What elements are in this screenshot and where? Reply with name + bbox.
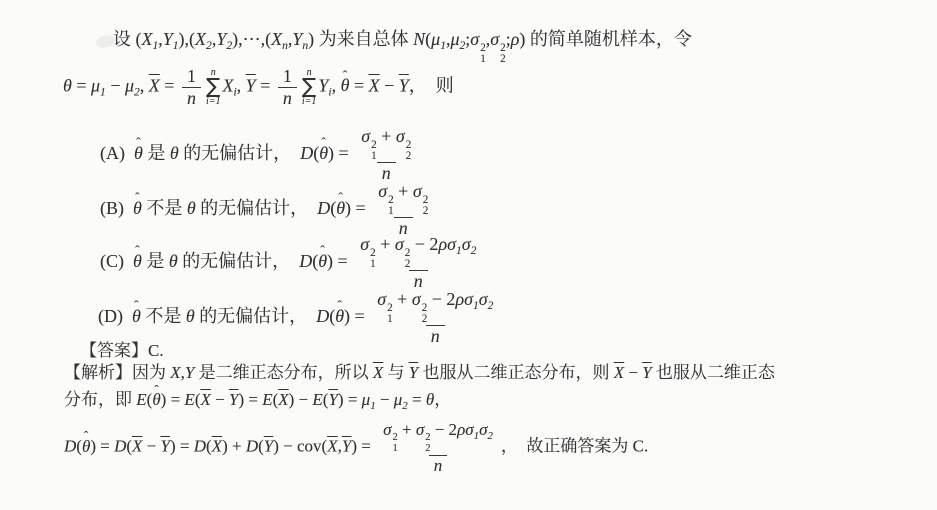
overline-token: Y <box>246 75 256 95</box>
text-token: + <box>393 289 412 309</box>
text-token: ),( <box>179 29 196 49</box>
text-token: 为来自总体 <box>314 29 413 49</box>
text-token: − <box>106 75 125 95</box>
math-italic-token: D <box>317 198 330 218</box>
math-italic-token: E <box>136 390 146 409</box>
overline-token: X <box>200 390 210 409</box>
overline-token: X <box>278 390 288 409</box>
text-token: ) = <box>328 143 353 163</box>
text-token: 的简单随机样本，令 <box>525 29 692 49</box>
text-token: ， <box>434 390 451 409</box>
text-token: ⋯ <box>243 29 261 49</box>
math-italic-token: Y <box>216 29 226 49</box>
text-token: 的无偏估计， <box>178 251 300 271</box>
hat-accent-icon: ˆ <box>134 298 139 315</box>
math-italic-token: θ <box>169 251 178 271</box>
text-token: ) = <box>327 251 352 271</box>
math-italic-token: μ <box>431 29 440 49</box>
math-italic-token: σ <box>412 289 421 309</box>
math-italic-token: X <box>195 29 206 49</box>
subscript-token: 1 <box>392 444 397 455</box>
document-page: 设 (X1,Y1),(X2,Y2),⋯,(Xn,Yn) 为来自总体 N(μ1,μ… <box>0 0 937 510</box>
math-italic-token: μ <box>450 29 459 49</box>
analysis-line-1: 【解析】因为 X,Y 是二维正态分布，所以 X 与 Y 也服从二维正态分布，则 … <box>64 362 775 383</box>
hat-accent-icon: ˆ <box>320 243 325 260</box>
text-token: ) = <box>238 390 262 409</box>
text-token: + <box>398 420 416 439</box>
hat-accent-icon: ˆ <box>135 243 140 260</box>
math-italic-token: σ <box>490 29 499 49</box>
text-token: , <box>140 75 149 95</box>
hat-accent-icon: ˆ <box>343 68 348 85</box>
math-italic-token: X <box>142 29 153 49</box>
text-token: ) = <box>338 390 362 409</box>
subscript-token: 2 <box>488 300 494 312</box>
problem-statement-line-2: θ = μ1 − μ2, X = 1nn∑i=1Xi, Y = 1nn∑i=1Y… <box>63 66 454 108</box>
text-token: ) − cov( <box>273 437 327 456</box>
text-token: ) = <box>161 390 185 409</box>
fraction: σ21 + σ22 − 2ρσ1σ2n <box>378 420 498 475</box>
fraction-denominator: n <box>278 87 297 109</box>
hat-accent-icon: ˆ <box>84 429 88 445</box>
option-a: (A) ˆθ 是 θ 的无偏估计， D(ˆθ) = σ21 + σ22n <box>100 126 419 184</box>
hat-token: ˆθ <box>318 250 327 273</box>
subscript-token: 2 <box>422 314 428 325</box>
text-token: − <box>142 437 160 456</box>
text-token: 也服从二维正态分布，则 <box>418 363 614 382</box>
subscript-token: 2 <box>500 54 506 65</box>
hat-accent-icon: ˆ <box>337 298 342 315</box>
hat-accent-icon: ˆ <box>321 135 326 152</box>
text-token: − <box>211 390 229 409</box>
math-italic-token: σ <box>447 234 456 254</box>
overline-token: Y <box>264 437 273 456</box>
math-italic-token: D <box>299 251 312 271</box>
analysis-line-3: D(ˆθ) = D(X − Y) = D(X) + D(Y) − cov(X,Y… <box>64 420 648 475</box>
text-token: − <box>624 363 642 382</box>
math-italic-token: θ <box>170 143 179 163</box>
math-italic-token: n <box>434 456 443 475</box>
math-italic-token: Y <box>318 75 328 95</box>
math-italic-token: σ <box>361 126 370 146</box>
subscript-token: 2 <box>405 259 411 270</box>
text-token: 的无偏估计， <box>196 198 318 218</box>
sub-sup-stack: 22 <box>423 195 429 218</box>
text-token: (D) <box>98 306 132 326</box>
text-token: 是二维正态分布，所以 <box>194 363 373 382</box>
text-token: 不是 <box>141 306 186 326</box>
text-token: = <box>256 75 275 95</box>
math-italic-token: n <box>283 88 292 108</box>
text-token: 是 <box>142 251 169 271</box>
text-token: − <box>376 390 394 409</box>
math-italic-token: Y <box>185 363 194 382</box>
text-token: − 2 <box>427 289 455 309</box>
answer-line: 【答案】C. <box>80 340 164 361</box>
math-italic-token: θ <box>63 75 72 95</box>
math-italic-token: X <box>222 75 233 95</box>
sum-lower-limit: i=1 <box>302 97 317 107</box>
math-italic-token: E <box>262 390 272 409</box>
math-italic-token: σ <box>470 29 479 49</box>
text-token: + <box>377 126 396 146</box>
text-token: (B) <box>100 198 133 218</box>
text-token: (A) <box>100 143 134 163</box>
math-italic-token: Y <box>292 29 302 49</box>
text-token: 1 <box>187 66 196 86</box>
subscript-token: 2 <box>423 206 429 217</box>
overline-token: Y <box>342 437 351 456</box>
text-token: 与 <box>383 363 409 382</box>
hat-token: ˆθ <box>335 305 344 328</box>
subscript-token: 2 <box>487 430 492 442</box>
text-token: 是 <box>143 143 170 163</box>
math-italic-token: θ <box>187 198 196 218</box>
text-token: ， 则 <box>409 75 454 95</box>
text-token: ， 故正确答案为 C. <box>501 437 648 456</box>
fraction-numerator: σ21 + σ22 − 2ρσ1σ2 <box>378 420 498 455</box>
hat-token: ˆθ <box>152 389 160 410</box>
text-token: ) = <box>345 198 370 218</box>
option-d: (D) ˆθ 不是 θ 的无偏估计， D(ˆθ) = σ21 + σ22 − 2… <box>98 289 501 347</box>
overline-token: X <box>614 363 624 382</box>
text-token: 不是 <box>142 198 187 218</box>
text-token: 【解析】因为 <box>64 363 170 382</box>
subscript-token: 1 <box>387 314 393 325</box>
math-italic-token: σ <box>462 234 471 254</box>
math-italic-token: σ <box>465 420 473 439</box>
text-token: ) = <box>170 437 194 456</box>
math-italic-token: n <box>431 326 440 346</box>
math-italic-token: X <box>170 363 180 382</box>
math-italic-token: ρ <box>438 234 447 254</box>
fraction-denominator: n <box>182 87 201 109</box>
math-italic-token: σ <box>396 126 405 146</box>
text-token: (C) <box>100 251 133 271</box>
math-italic-token: σ <box>377 289 386 309</box>
overline-token: Y <box>161 437 170 456</box>
fraction-numerator: σ21 + σ22 − 2ρσ1σ2 <box>372 289 498 325</box>
text-token: ,( <box>261 29 272 49</box>
text-token: ) = <box>351 437 375 456</box>
fraction: 1n <box>278 66 297 108</box>
text-token: 的无偏估计， <box>179 143 301 163</box>
sigma-sum-icon: ∑ <box>302 77 316 97</box>
math-italic-token: D <box>300 143 313 163</box>
math-italic-token: μ <box>91 75 100 95</box>
fraction: σ21 + σ22n <box>356 126 416 184</box>
option-c: (C) ˆθ 是 θ 的无偏估计， D(ˆθ) = σ21 + σ22 − 2ρ… <box>100 234 484 292</box>
math-italic-token: n <box>187 88 196 108</box>
text-token: ), <box>232 29 243 49</box>
text-token: + <box>394 181 413 201</box>
math-italic-token: θ <box>186 306 195 326</box>
fraction: σ21 + σ22 − 2ρσ1σ2n <box>372 289 498 347</box>
fraction-numerator: 1 <box>278 66 297 87</box>
sub-sup-stack: 22 <box>406 140 412 163</box>
overline-token: X <box>212 437 222 456</box>
math-italic-token: E <box>312 390 322 409</box>
math-italic-token: σ <box>413 181 422 201</box>
hat-token: ˆθ <box>341 74 350 97</box>
sigma-sum-icon: ∑ <box>206 77 220 97</box>
hat-token: ˆθ <box>336 197 345 220</box>
hat-accent-icon: ˆ <box>135 190 140 207</box>
math-italic-token: σ <box>464 289 473 309</box>
hat-accent-icon: ˆ <box>154 383 158 399</box>
overline-token: Y <box>399 75 409 95</box>
summation: n∑i=1 <box>206 68 221 107</box>
hat-token: ˆθ <box>133 250 142 273</box>
math-italic-token: D <box>194 437 206 456</box>
fraction: 1n <box>182 66 201 108</box>
hat-accent-icon: ˆ <box>136 135 141 152</box>
math-italic-token: E <box>184 390 194 409</box>
math-italic-token: σ <box>395 234 404 254</box>
math-italic-token: σ <box>416 420 424 439</box>
math-italic-token: σ <box>360 234 369 254</box>
math-italic-token: N <box>413 29 425 49</box>
subscript-token: 1 <box>370 259 376 270</box>
text-token: 分布，即 <box>64 390 136 409</box>
math-italic-token: μ <box>394 390 403 409</box>
text-token: = <box>349 75 368 95</box>
math-italic-token: ρ <box>457 420 465 439</box>
text-token: = <box>160 75 179 95</box>
text-token: ) + <box>222 437 246 456</box>
text-token: − <box>380 75 399 95</box>
math-italic-token: ρ <box>455 289 464 309</box>
math-italic-token: μ <box>125 75 134 95</box>
math-italic-token: θ <box>426 390 434 409</box>
overline-token: X <box>327 437 337 456</box>
analysis-line-2: 分布，即 E(ˆθ) = E(X − Y) = E(X) − E(Y) = μ1… <box>64 389 451 413</box>
math-italic-token: X <box>271 29 282 49</box>
text-token: + <box>376 234 395 254</box>
text-token: ) = <box>344 306 369 326</box>
text-token: 1 <box>283 66 292 86</box>
hat-token: ˆθ <box>132 305 141 328</box>
hat-accent-icon: ˆ <box>338 190 343 207</box>
math-italic-token: D <box>114 437 126 456</box>
overline-token: X <box>373 363 383 382</box>
text-token: 设 <box>113 29 136 49</box>
overline-token: X <box>149 75 160 95</box>
fraction-denominator: n <box>426 325 445 347</box>
hat-token: ˆθ <box>134 142 143 165</box>
fraction: σ21 + σ22 − 2ρσ1σ2n <box>355 234 481 292</box>
math-italic-token: Y <box>163 29 173 49</box>
text-token: − 2 <box>430 420 457 439</box>
math-italic-token: D <box>64 437 76 456</box>
hat-token: ˆθ <box>319 142 328 165</box>
subscript-token: 2 <box>406 151 412 162</box>
subscript-token: 1 <box>388 206 394 217</box>
problem-statement-line-1: 设 (X1,Y1),(X2,Y2),⋯,(Xn,Yn) 为来自总体 N(μ1,μ… <box>113 28 692 65</box>
hat-token: ˆθ <box>133 197 142 220</box>
math-italic-token: D <box>246 437 258 456</box>
fraction-denominator: n <box>429 455 448 476</box>
text-token: = <box>408 390 426 409</box>
math-italic-token: μ <box>362 390 371 409</box>
fraction-numerator: σ21 + σ22 <box>373 181 433 217</box>
text-token: 也服从二维正态 <box>652 363 775 382</box>
subscript-token: 2 <box>471 245 477 257</box>
subscript-token: 1 <box>480 54 486 65</box>
hat-token: ˆθ <box>82 436 90 457</box>
math-italic-token: σ <box>479 289 488 309</box>
overline-token: Y <box>328 390 337 409</box>
subscript-token: 2 <box>425 444 430 455</box>
fraction-numerator: 1 <box>182 66 201 87</box>
overline-token: Y <box>642 363 651 382</box>
fraction-numerator: σ21 + σ22 <box>356 126 416 162</box>
math-italic-token: D <box>316 306 329 326</box>
text-token: = <box>72 75 91 95</box>
summation: n∑i=1 <box>302 68 317 107</box>
text-token: 的无偏估计， <box>195 306 317 326</box>
sum-lower-limit: i=1 <box>206 97 221 107</box>
subscript-token: 1 <box>371 151 377 162</box>
math-italic-token: σ <box>383 420 391 439</box>
fraction-numerator: σ21 + σ22 − 2ρσ1σ2 <box>355 234 481 270</box>
math-italic-token: σ <box>378 181 387 201</box>
fraction: σ21 + σ22n <box>373 181 433 239</box>
overline-token: Y <box>409 363 418 382</box>
text-token: − 2 <box>410 234 438 254</box>
overline-token: X <box>132 437 142 456</box>
overline-token: X <box>369 75 380 95</box>
text-token: ) − <box>289 390 313 409</box>
text-token: , <box>332 75 341 95</box>
text-token: , <box>237 75 246 95</box>
option-b: (B) ˆθ 不是 θ 的无偏估计， D(ˆθ) = σ21 + σ22n <box>100 181 436 239</box>
text-token: ) = <box>90 437 114 456</box>
